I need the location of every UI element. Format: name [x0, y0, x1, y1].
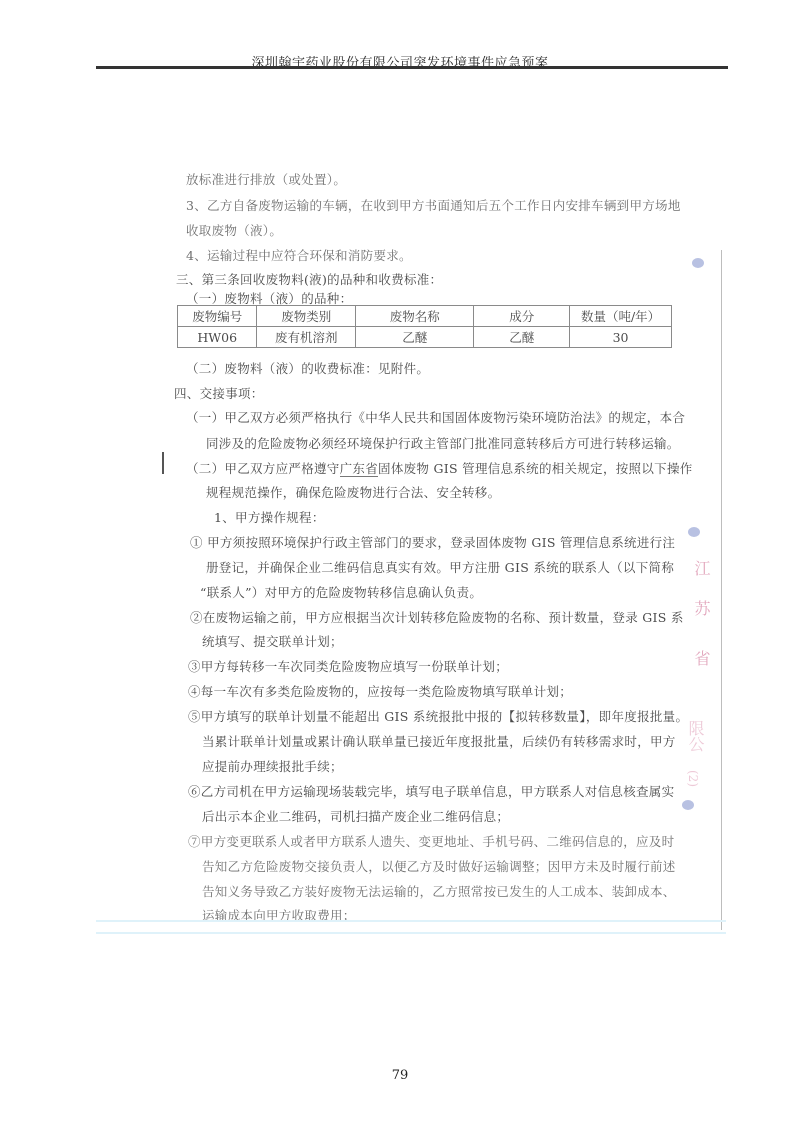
paragraph-line: （二）甲乙双方应严格遵守广东省固体废物 GIS 管理信息系统的相关规定，按照以下…	[186, 459, 693, 477]
table-cell-quantity: 30	[570, 327, 672, 348]
section-heading: 四、交接事项：	[174, 384, 264, 402]
ink-blot	[692, 258, 704, 268]
paragraph-line: （一）甲乙双方必须严格执行《中华人民共和国固体废物污染环境防治法》的规定，本合	[186, 408, 685, 426]
seal-stamp-fragment: 限公	[684, 720, 707, 752]
table-header-cell: 成分	[474, 306, 570, 327]
table-header-row: 废物编号 废物类别 废物名称 成分 数量（吨/年）	[178, 306, 672, 327]
scan-edge-line	[721, 250, 722, 930]
seal-stamp-fragment: 江	[690, 560, 713, 576]
paragraph-line: 放标准进行排放（或处置）。	[186, 170, 346, 188]
list-item: ④每一车次有多类危险废物的，应按每一类危险废物填写联单计划；	[188, 682, 572, 700]
table-header-cell: 废物名称	[356, 306, 474, 327]
text-segment: （二）甲乙双方应严格遵守	[186, 461, 340, 476]
paragraph-line: 同涉及的危险废物必须经环境保护行政主管部门批准同意转移后方可进行转移运输。	[206, 434, 680, 452]
paragraph-line: （二）废物料（液）的收费标准：见附件。	[186, 359, 429, 377]
section-heading: 三、第三条回收废物料(液)的品种和收费标准：	[176, 270, 442, 288]
list-item: ②在废物运输之前，甲方应根据当次计划转移危险废物的名称、预计数量，登录 GIS …	[190, 608, 684, 626]
waste-table: 废物编号 废物类别 废物名称 成分 数量（吨/年） HW06 废有机溶剂 乙醚 …	[177, 305, 672, 348]
list-item: ⑤甲方填写的联单计划量不能超出 GIS 系统报批中报的【拟转移数量】，即年度报批…	[188, 707, 688, 725]
underlined-text: 广东省	[340, 461, 378, 477]
scan-artifact	[96, 920, 726, 922]
table-cell-waste-category: 废有机溶剂	[257, 327, 356, 348]
table-header-cell: 数量（吨/年）	[570, 306, 672, 327]
ink-blot	[688, 527, 700, 537]
list-item: ③甲方每转移一车次同类危险废物应填写一份联单计划；	[188, 657, 508, 675]
paragraph-line: 规程规范操作，确保危险废物进行合法、安全转移。	[206, 483, 500, 501]
paragraph-line: 收取废物（液）。	[186, 221, 282, 239]
list-item: ① 甲方须按照环境保护行政主管部门的要求，登录固体废物 GIS 管理信息系统进行…	[190, 533, 675, 551]
margin-mark	[162, 452, 164, 474]
paragraph-line: 4、运输过程中应符合环保和消防要求。	[186, 246, 412, 264]
seal-stamp-fragment: 省	[690, 650, 713, 666]
paragraph-line: 统填写、提交联单计划；	[202, 632, 343, 650]
table-header-cell: 废物类别	[257, 306, 356, 327]
list-item: ⑥乙方司机在甲方运输现场装载完毕，填写电子联单信息，甲方联系人对信息核查属实	[188, 782, 674, 800]
seal-stamp-fragment: 苏	[690, 600, 713, 616]
header-divider	[96, 66, 728, 69]
list-item: ⑦甲方变更联系人或者甲方联系人遗失、变更地址、手机号码、二维码信息的，应及时	[188, 832, 674, 850]
table-row: HW06 废有机溶剂 乙醚 乙醚 30	[178, 327, 672, 348]
ink-blot	[682, 800, 694, 810]
table-cell-waste-code: HW06	[178, 327, 257, 348]
paragraph-line: 后出示本企业二维码，司机扫描产废企业二维码信息；	[202, 807, 509, 825]
paragraph-line: 3、乙方自备废物运输的车辆，在收到甲方书面通知后五个工作日内安排车辆到甲方场地	[186, 196, 681, 214]
text-segment: 固体废物 GIS 管理信息系统的相关规定，按照以下操作	[378, 461, 693, 476]
subsection-heading: 1、甲方操作规程：	[214, 508, 325, 526]
paragraph-line: 告知乙方危险废物交接负责人，以便乙方及时做好运输调整；因甲方未及时履行前述	[202, 857, 676, 875]
seal-stamp-fragment: (2)	[686, 770, 700, 787]
table-cell-composition: 乙醚	[474, 327, 570, 348]
table-header-cell: 废物编号	[178, 306, 257, 327]
paragraph-line: 当累计联单计划量或累计确认联单量已接近年度报批量，后续仍有转移需求时，甲方	[202, 732, 676, 750]
scan-artifact	[96, 932, 726, 934]
paragraph-line: 应提前办理续报批手续；	[202, 757, 343, 775]
page-number: 79	[0, 1068, 800, 1083]
table-cell-waste-name: 乙醚	[356, 327, 474, 348]
paragraph-line: “联系人”）对甲方的危险废物转移信息确认负责。	[200, 583, 482, 601]
paragraph-line: 册登记，并确保企业二维码信息真实有效。甲方注册 GIS 系统的联系人（以下简称	[206, 558, 674, 576]
paragraph-line: 告知义务导致乙方装好废物无法运输的，乙方照常按已发生的人工成本、装卸成本、	[202, 882, 676, 900]
